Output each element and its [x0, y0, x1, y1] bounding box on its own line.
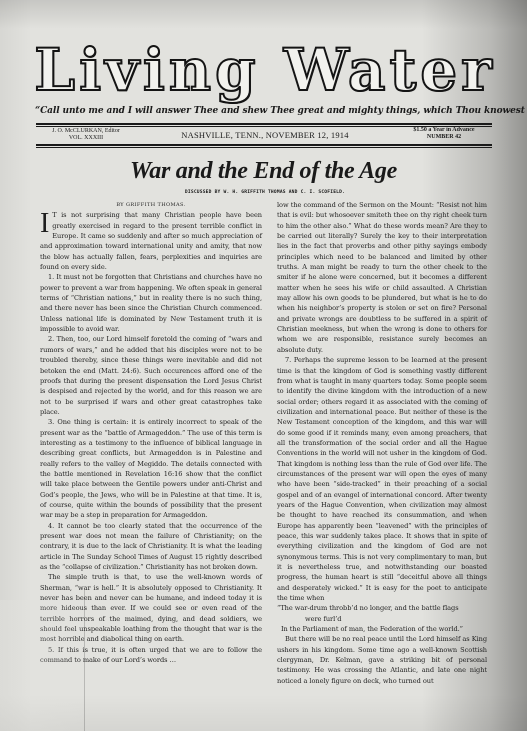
newspaper-page: Living Water “Call unto me and I will an… [0, 0, 527, 731]
paper-crease [84, 590, 85, 731]
bottom-rule [36, 144, 492, 146]
top-rule [36, 123, 492, 125]
poem-line-2: were furl’d [277, 614, 487, 624]
paragraph-3: 3. One thing is certain: it is entirely … [40, 417, 262, 520]
volume-number: VOL. XXXIII [36, 135, 136, 142]
article-headline: War and the End of the Age [60, 158, 467, 185]
paragraph-1: 1. It must not be forgotten that Christi… [40, 272, 262, 334]
masthead-motto: “Call unto me and I will answer Thee and… [35, 106, 495, 116]
paragraph-continued: low the command of the Sermon on the Mou… [277, 200, 487, 355]
right-column: low the command of the Sermon on the Mou… [277, 200, 487, 686]
issue-number: NUMBER 42 [395, 134, 493, 141]
column-byline: BY GRIFFITH THOMAS. [40, 200, 262, 210]
paragraph-intro: IT is not surprising that many Christian… [40, 210, 262, 272]
article-byline: DISCUSSED BY W. H. GRIFFITH THOMAS AND C… [100, 190, 430, 195]
paragraph-5: The simple truth is that, to use the wel… [40, 572, 262, 644]
editor-info: J. O. McCLURKAN, Editor VOL. XXXIII [36, 128, 136, 142]
drop-cap: I [40, 211, 49, 237]
poem-line-3: In the Parliament of man, the Federation… [277, 624, 487, 634]
price: $1.50 a Year in Advance [395, 127, 493, 134]
paragraph-4: 4. It cannot be too clearly stated that … [40, 521, 262, 573]
subscription-info: $1.50 a Year in Advance NUMBER 42 [395, 127, 493, 141]
editor-name: J. O. McCLURKAN, Editor [36, 128, 136, 135]
paragraph-8: But there will be no real peace until th… [277, 634, 487, 686]
paragraph-6: 5. If this is true, it is often urged th… [40, 645, 262, 666]
poem-quote: “The war-drum throbb’d no longer, and th… [277, 603, 487, 634]
left-column: BY GRIFFITH THOMAS. IT is not surprising… [40, 200, 262, 665]
masthead-title: Living Water [30, 40, 500, 100]
paragraph-7: 7. Perhaps the supreme lesson to be lear… [277, 355, 487, 603]
paragraph-2: 2. Then, too, our Lord himself foretold … [40, 334, 262, 417]
dateline: NASHVILLE, TENN., NOVEMBER 12, 1914 [150, 130, 380, 140]
poem-line-1: “The war-drum throbb’d no longer, and th… [277, 604, 459, 612]
bottom-rule-thin [36, 147, 492, 148]
